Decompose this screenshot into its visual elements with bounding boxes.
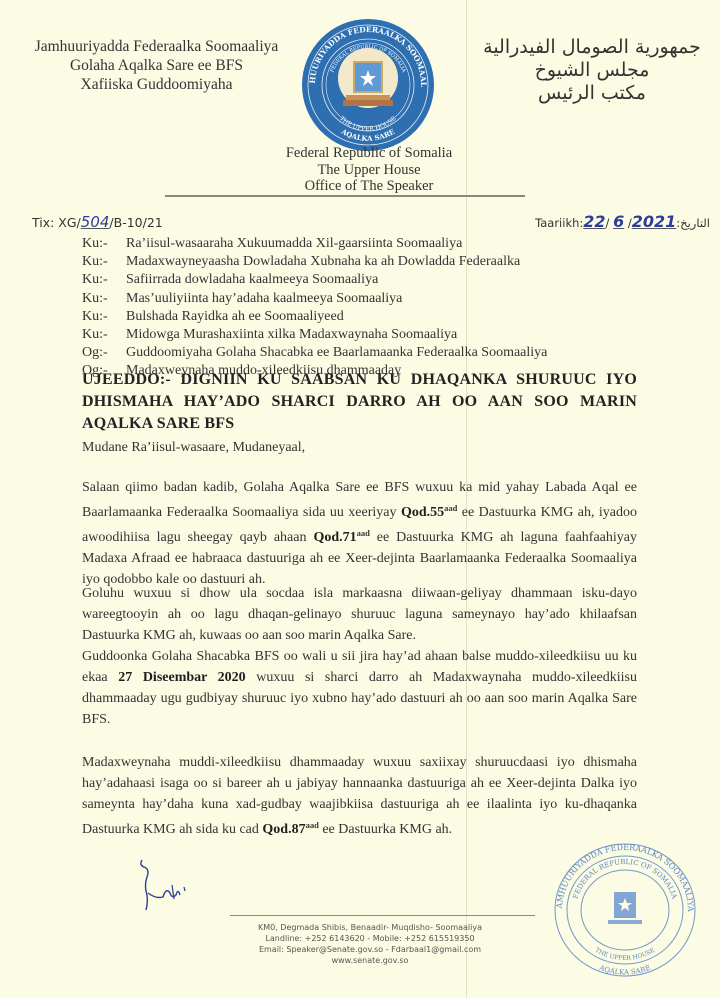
header-divider	[165, 195, 525, 197]
recipient-name: Guddoomiyaha Golaha Shacabka ee Baarlama…	[126, 344, 547, 362]
upper-house-seal-icon: JAMHUURIYADDA FEDERAALKA SOOMAALIYA FEDE…	[301, 18, 435, 152]
ref-prefix: Tix: XG/	[32, 215, 81, 230]
letter-page: Jamhuuriyadda Federaalka Soomaaliya Gola…	[0, 0, 720, 998]
date-day: 22	[583, 212, 605, 231]
recipient-row: Ku:-Safiirrada dowladaha kaalmeeya Sooma…	[82, 271, 547, 289]
header-line: Federal Republic of Somalia	[240, 145, 498, 162]
header-line: Jamhuuriyadda Federaalka Soomaaliya	[34, 37, 279, 56]
date-year: 2021	[632, 212, 677, 231]
header-somali: Jamhuuriyadda Federaalka Soomaaliya Gola…	[34, 37, 279, 94]
recipient-prefix: Ku:-	[82, 308, 126, 326]
recipient-row: Ku:-Madaxwayneyaasha Dowladaha Xubnaha k…	[82, 253, 547, 271]
salutation: Mudane Ra’iisul-wasaare, Mudaneyaal,	[82, 440, 305, 456]
header-line: مكتب الرئيس	[482, 82, 702, 105]
header-line: Xafiiska Guddoomiyaha	[34, 75, 279, 94]
header-arabic: جمهورية الصومال الفيدرالية مجلس الشيوخ م…	[482, 36, 702, 105]
recipient-name: Mas’uuliyiinta hay’adaha kaalmeeya Sooma…	[126, 290, 402, 308]
recipient-name: Safiirrada dowladaha kaalmeeya Soomaaliy…	[126, 271, 378, 289]
letter-date: Taariikh:22/ 6 /2021:التاريخ	[535, 212, 710, 231]
recipient-name: Ra’iisul-wasaaraha Xukuumadda Xil-gaarsi…	[126, 235, 462, 253]
paragraph-4: Madaxweynaha muddi-xileedkiisu dhammaada…	[82, 752, 637, 840]
ref-suffix: /B-10/21	[109, 215, 162, 230]
footer-email: Email: Speaker@Senate.gov.so - Fdarbaal1…	[220, 944, 520, 955]
recipient-prefix: Ku:-	[82, 235, 126, 253]
recipient-prefix: Ku:-	[82, 290, 126, 308]
date-arabic-label: :التاريخ	[676, 216, 710, 230]
recipient-prefix: Ku:-	[82, 326, 126, 344]
recipient-row: Ku:-Bulshada Rayidka ah ee Soomaaliyeed	[82, 308, 547, 326]
recipient-name: Midowga Murashaxiinta xilka Madaxwaynaha…	[126, 326, 457, 344]
footer-website: www.senate.gov.so	[220, 955, 520, 966]
header-line: The Upper House	[240, 162, 498, 179]
footer-divider	[230, 915, 535, 916]
subject-line: UJEEDDO:- DIGNIIN KU SAABSAN KU DHAQANKA…	[82, 369, 637, 435]
header-line: جمهورية الصومال الفيدرالية	[482, 36, 702, 59]
recipient-row: Og:-Guddoomiyaha Golaha Shacabka ee Baar…	[82, 344, 547, 362]
recipient-name: Madaxwayneyaasha Dowladaha Xubnaha ka ah…	[126, 253, 520, 271]
paragraph-1: Salaan qiimo badan kadib, Golaha Aqalka …	[82, 477, 637, 590]
signature-icon	[130, 855, 200, 915]
svg-text:AQALKA SARE: AQALKA SARE	[597, 963, 651, 976]
header-english: Federal Republic of Somalia The Upper Ho…	[240, 145, 498, 195]
recipient-prefix: Og:-	[82, 344, 126, 362]
reference-number: Tix: XG/504/B-10/21	[32, 213, 163, 231]
footer-contact: KM0, Degmada Shibis, Benaadir- Muqdisho-…	[220, 922, 520, 966]
recipient-name: Bulshada Rayidka ah ee Soomaaliyeed	[126, 308, 344, 326]
header-line: Golaha Aqalka Sare ee BFS	[34, 56, 279, 75]
header-line: Office of The Speaker	[240, 178, 498, 195]
recipient-row: Ku:-Midowga Murashaxiinta xilka Madaxway…	[82, 326, 547, 344]
recipient-row: Ku:-Mas’uuliyiinta hay’adaha kaalmeeya S…	[82, 290, 547, 308]
footer-phone: Landline: +252 6143620 - Mobile: +252 61…	[220, 933, 520, 944]
recipient-list: Ku:-Ra’iisul-wasaaraha Xukuumadda Xil-ga…	[82, 235, 547, 381]
recipient-prefix: Ku:-	[82, 253, 126, 271]
svg-text:THE UPPER HOUSE: THE UPPER HOUSE	[594, 947, 656, 962]
paragraph-3: Guddoonka Golaha Shacabka BFS oo wali u …	[82, 646, 637, 730]
paragraph-2: Goluhu wuxuu si dhow ula socdaa isla mar…	[82, 583, 637, 646]
ref-handwritten-number: 504	[81, 213, 110, 231]
recipient-row: Ku:-Ra’iisul-wasaaraha Xukuumadda Xil-ga…	[82, 235, 547, 253]
footer-address: KM0, Degmada Shibis, Benaadir- Muqdisho-…	[220, 922, 520, 933]
date-label: Taariikh:	[535, 216, 583, 230]
header-line: مجلس الشيوخ	[482, 59, 702, 82]
official-stamp-icon: JAMHUURIYADDA FEDERAALKA SOOMAALIYA FEDE…	[550, 840, 700, 980]
date-month: 6	[613, 212, 624, 231]
recipient-prefix: Ku:-	[82, 271, 126, 289]
